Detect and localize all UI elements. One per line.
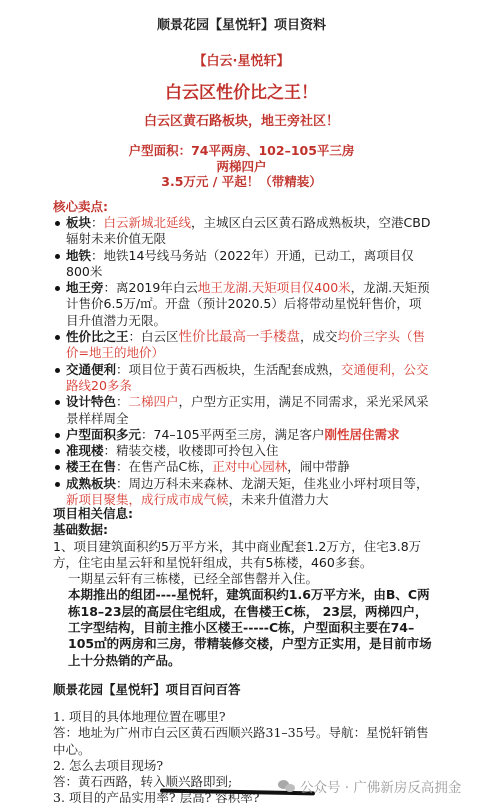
selling-point-text: ：项目位于黄石西板块，生活配套成熟，: [116, 362, 341, 377]
selling-point-text: ：地铁14号线马务站（2022年）开通，已动工，离项目仅800米: [66, 248, 414, 279]
selling-point-text: ，未来升值潜力大: [229, 492, 329, 507]
selling-point-item: 准现楼：精装交楼，收楼即可拎包入住: [53, 443, 433, 459]
selling-points-list: 板块：白云新城北延线，主城区白云区黄石路成熟板块，空港CBD辐射未来价值无限地铁…: [53, 215, 433, 508]
highlight-text: 性价比最高一手楼盘: [179, 329, 301, 345]
selling-point-text: ：74–105平两至三房，满足客户: [141, 427, 325, 442]
selling-point-text: ：在售产品C栋，: [116, 459, 212, 474]
info-paragraph-3: 本期推出的组团----星悦轩，建筑面积约1.6万平方米，由B、C两栋18–23层…: [53, 587, 433, 668]
highlight-text: 刚性居住需求: [325, 427, 400, 442]
watermark-text: 公众号 · 广佛新房反高拥金: [300, 776, 461, 796]
qa-line: 2. 怎么去项目现场?: [53, 758, 433, 774]
spec-line-elevator: 两梯四户: [0, 159, 483, 175]
spec-line-price: 3.5万元 / 平起！（带精装）: [0, 174, 483, 190]
selling-point-text: ：: [91, 215, 104, 230]
selling-point-text: ：: [116, 394, 129, 409]
slogan-heading: 白云区性价比之王！: [0, 78, 483, 103]
selling-point-label: 地王旁: [66, 280, 104, 295]
selling-point-text: ，闹中带静: [287, 459, 350, 474]
selling-point-label: 户型面积多元: [66, 427, 141, 442]
highlight-text: 白云新城北延线: [104, 215, 192, 230]
selling-point-label: 设计特色: [66, 394, 116, 409]
qa-line: 答：地址为广州市白云区黄石西顺兴路31–35号。导航：星悦轩销售中心。: [53, 725, 433, 758]
watermark: 公众号 · 广佛新房反高拥金: [278, 776, 461, 796]
qa-line: 1. 项目的具体地理位置在哪里?: [53, 709, 433, 725]
highlight-text: 二梯四户: [129, 394, 179, 409]
selling-point-label: 准现楼: [66, 443, 104, 458]
core-selling-points-heading: 核心卖点:: [53, 199, 433, 215]
selling-point-text: ：周边万科未来森林、龙湖天矩，佳兆业小坪村项目等，: [116, 476, 429, 491]
selling-point-item: 地铁：地铁14号线马务站（2022年）开通，已动工，离项目仅800米: [53, 248, 433, 281]
highlight-text: 新项目聚集，成行成市成气候: [66, 492, 229, 507]
info-paragraph-1: 1、项目建筑面积约5万平方米，其中商业配套1.2万方，住宅3.8万方，住宅由星云…: [53, 539, 433, 572]
selling-point-label: 交通便利: [66, 362, 116, 377]
spec-block: 户型面积：74平两房、102–105平三房 两梯四户 3.5万元 / 平起！（带…: [0, 143, 483, 190]
selling-point-text: ：离2019年白云: [104, 280, 198, 295]
selling-point-label: 板块: [66, 215, 91, 230]
qa-title: 顺景花园【星悦轩】项目百问百答: [53, 680, 241, 698]
highlight-text: 正对中心园林: [212, 459, 287, 474]
selling-point-item: 户型面积多元：74–105平两至三房，满足客户刚性居住需求: [53, 427, 433, 443]
selling-point-item: 性价比之王：白云区性价比最高一手楼盘，成交均价三字头（售价=地王的地价）: [53, 329, 433, 362]
selling-point-text: ，成交: [300, 329, 338, 344]
project-info-heading: 项目相关信息:: [53, 506, 433, 522]
selling-point-label: 楼王在售: [66, 459, 116, 474]
project-info-section: 项目相关信息: 基础数据: 1、项目建筑面积约5万平方米，其中商业配套1.2万方…: [53, 506, 433, 669]
document-title: 顺景花园【星悦轩】项目资料: [0, 14, 483, 33]
selling-point-text: ：白云区: [129, 329, 179, 344]
selling-point-item: 板块：白云新城北延线，主城区白云区黄石路成熟板块，空港CBD辐射未来价值无限: [53, 215, 433, 248]
selling-point-item: 地王旁：离2019年白云地王龙湖.天矩项目仅400米，龙湖.天矩预计售价6.5万…: [53, 280, 433, 329]
location-line: 白云区黄石路板块，地王旁社区！: [0, 110, 483, 129]
spec-line-area: 户型面积：74平两房、102–105平三房: [0, 143, 483, 159]
wechat-icon: [278, 779, 296, 793]
highlight-text: 地王龙湖.天矩项目仅400米: [198, 280, 351, 295]
selling-point-text: ：精装交楼，收楼即可拎包入住: [104, 443, 279, 458]
basic-data-heading: 基础数据:: [53, 522, 433, 538]
selling-point-item: 交通便利：项目位于黄石西板块，生活配套成熟，交通便利，公交路线20多条: [53, 362, 433, 395]
selling-point-item: 设计特色：二梯四户，户型方正实用，满足不同需求，采光采风采景样样周全: [53, 394, 433, 427]
selling-point-item: 成熟板块：周边万科未来森林、龙湖天矩，佳兆业小坪村项目等，新项目聚集，成行成市成…: [53, 476, 433, 509]
selling-point-label: 地铁: [66, 248, 91, 263]
selling-point-label: 成熟板块: [66, 476, 116, 491]
info-paragraph-2: 一期星云轩有三栋楼，已经全部售罄并入住。: [53, 571, 433, 587]
selling-point-label: 性价比之王: [66, 329, 129, 344]
selling-point-item: 楼王在售：在售产品C栋，正对中心园林，闹中带静: [53, 459, 433, 475]
project-tag: 【白云·星悦轩】: [0, 50, 483, 69]
